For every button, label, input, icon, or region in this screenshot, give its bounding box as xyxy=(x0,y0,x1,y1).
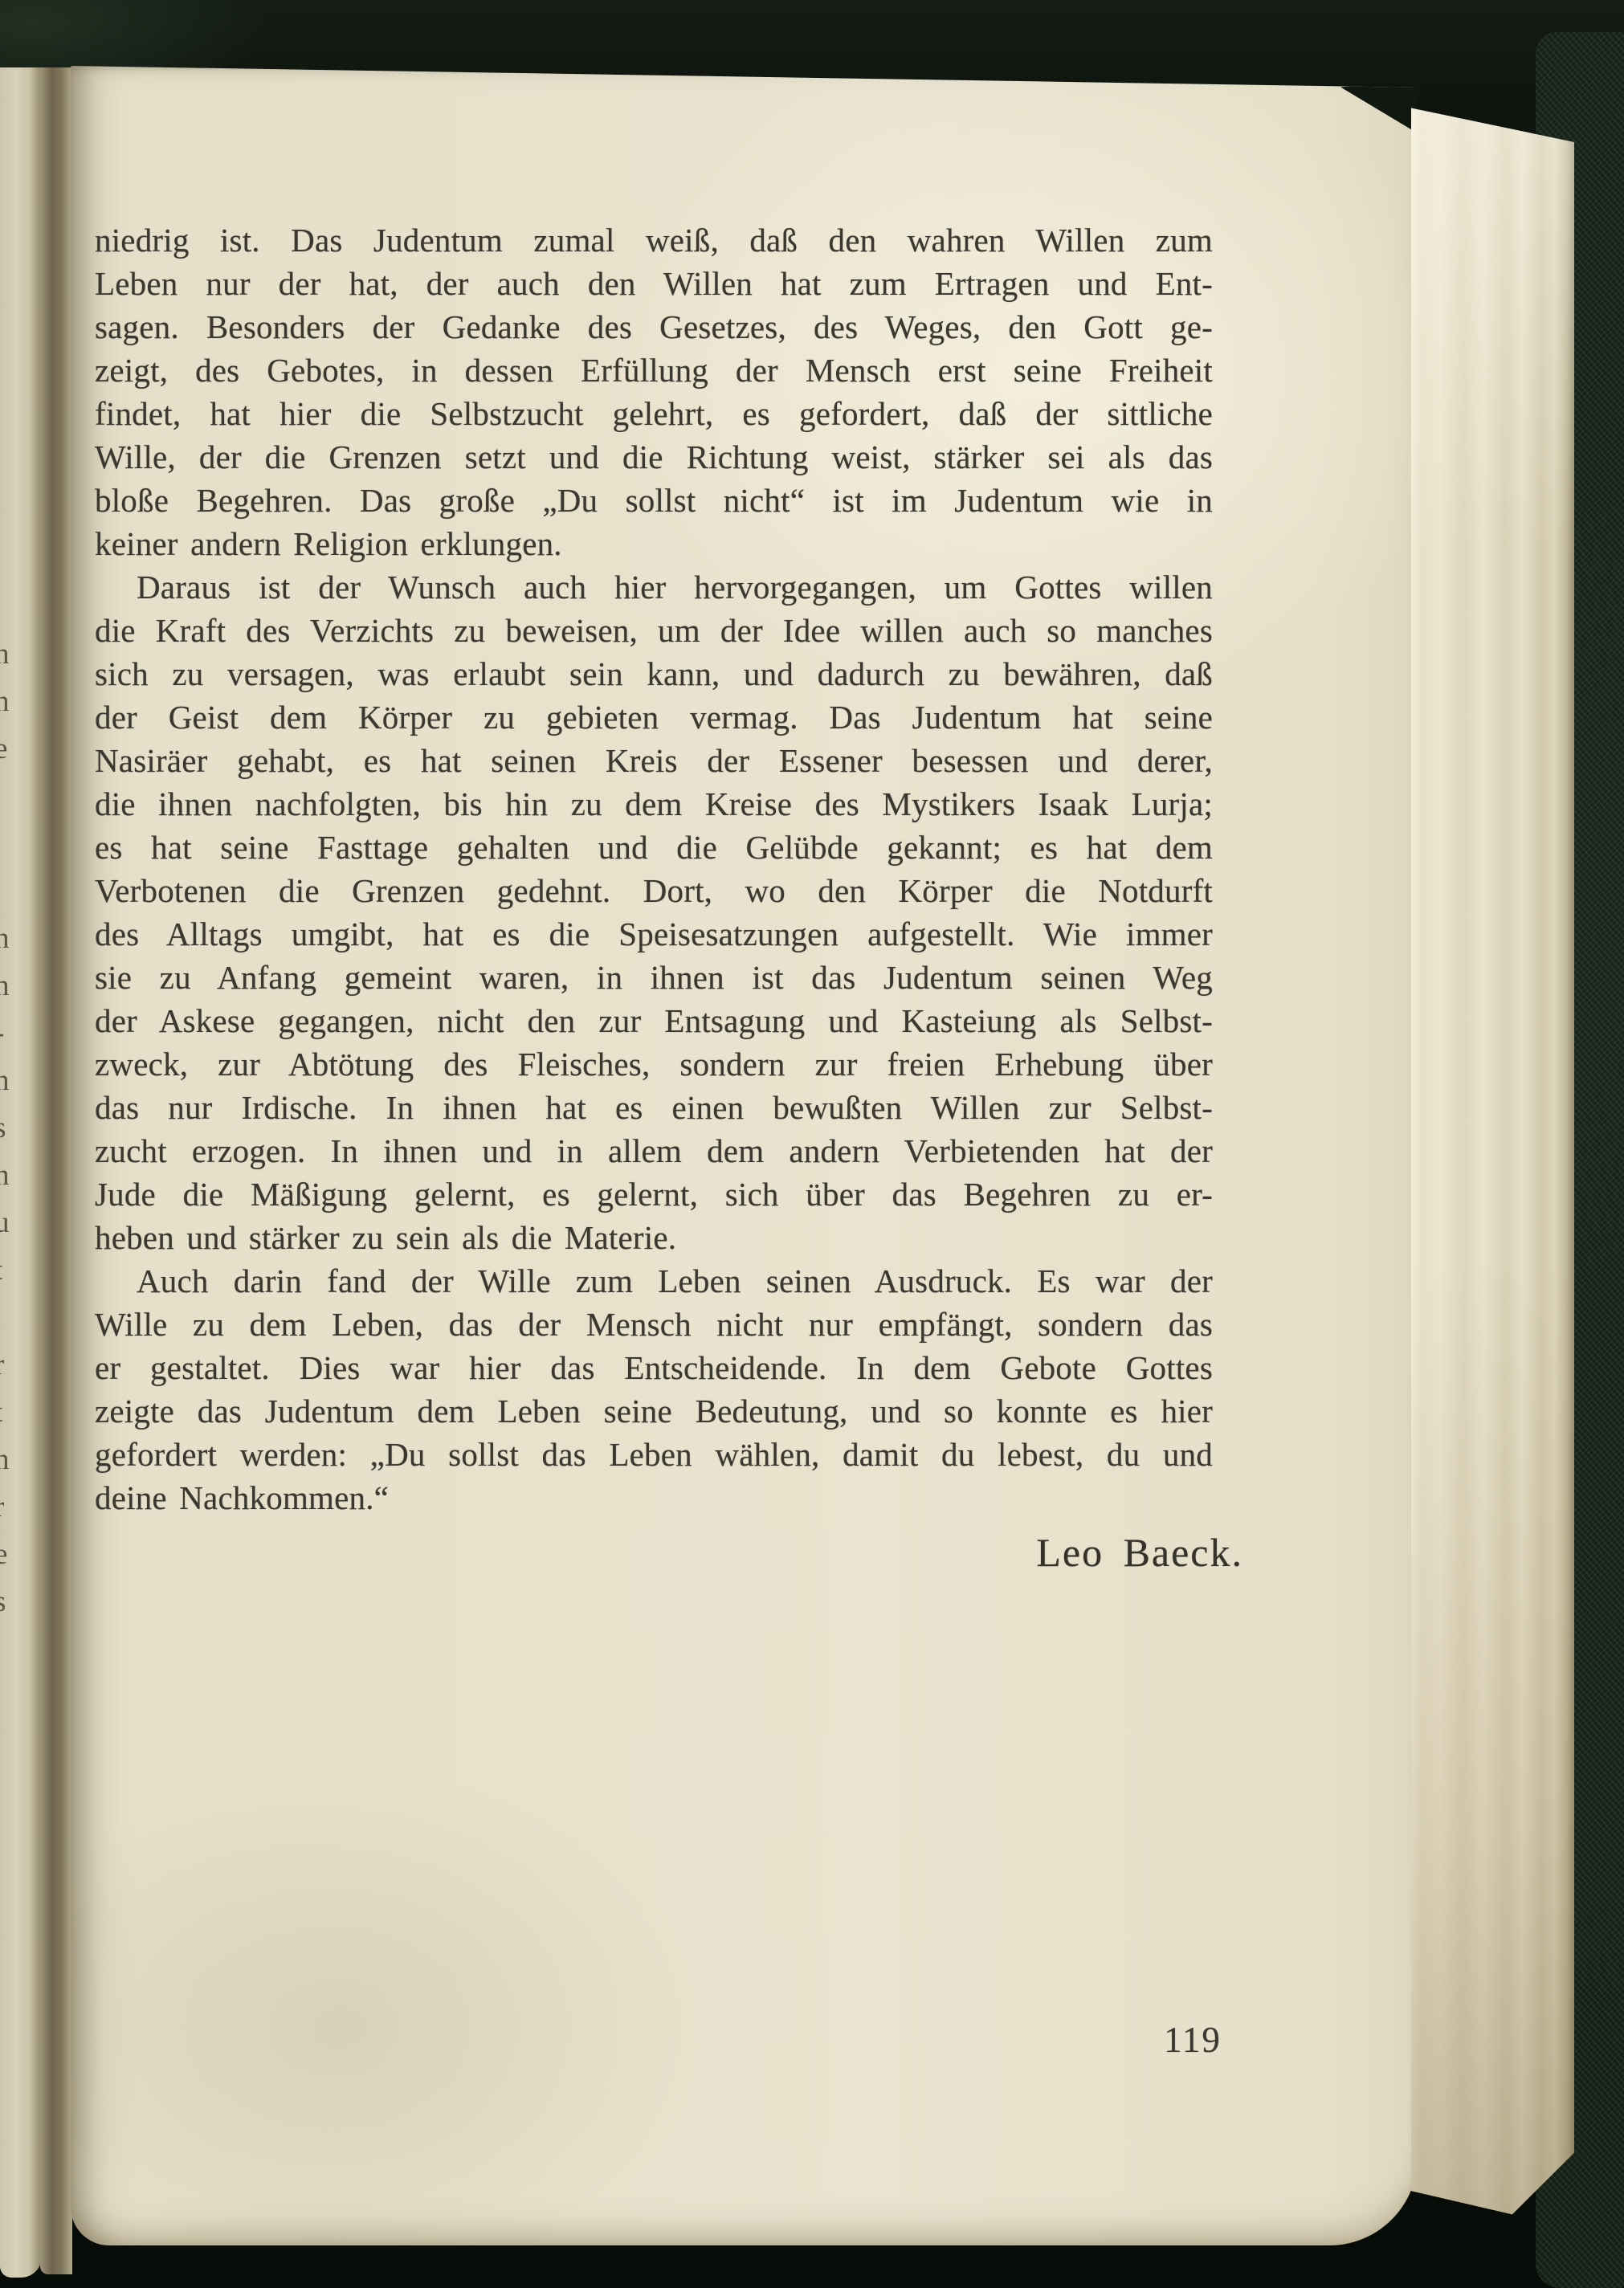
left-page-text-fragment: n xyxy=(0,635,27,674)
page-corner-fold xyxy=(1340,82,1418,133)
text-line: zucht erzogen. In ihnen und in allem dem… xyxy=(95,1129,1213,1173)
text-line: des Alltags umgibt, hat es die Speisesat… xyxy=(95,912,1213,956)
text-line: sagen. Besonders der Gedanke des Gesetze… xyxy=(95,305,1213,349)
left-page-text-fragment: , xyxy=(0,777,27,816)
left-page-text-fragment: n xyxy=(0,967,27,1005)
left-page-text-fragment: n xyxy=(0,1062,27,1100)
page-text-block: niedrig ist. Das Judentum zumal weiß, da… xyxy=(95,218,1213,1519)
text-line: Verbotenen die Grenzen gedehnt. Dort, wo… xyxy=(95,869,1213,912)
text-line: Daraus ist der Wunsch auch hier hervorge… xyxy=(95,565,1213,609)
text-line: Jude die Mäßigung gelernt, es gelernt, s… xyxy=(95,1173,1213,1216)
book-photo-scene: n n e , , , n n - n s n u t r t n r e s … xyxy=(0,0,1624,2288)
left-page-text-fragment: r xyxy=(0,1488,27,1527)
text-line: die Kraft des Verzichts zu beweisen, um … xyxy=(95,609,1213,652)
text-line: es hat seine Fasttage gehalten und die G… xyxy=(95,826,1213,869)
text-line: der Askese gegangen, nicht den zur Entsa… xyxy=(95,999,1213,1042)
page-edge-stack xyxy=(1411,87,1574,2217)
text-line: die ihnen nachfolgten, bis hin zu dem Kr… xyxy=(95,782,1213,826)
text-line: gefordert werden: „Du sollst das Leben w… xyxy=(95,1433,1213,1476)
text-line: findet, hat hier die Selbstzucht gelehrt… xyxy=(95,392,1213,435)
left-page-text-fragment: t xyxy=(0,1251,27,1290)
text-line: das nur Irdische. In ihnen hat es einen … xyxy=(95,1086,1213,1129)
left-page-text-fragment: n xyxy=(0,920,27,958)
text-line: Wille zu dem Leben, das der Mensch nicht… xyxy=(95,1303,1213,1346)
author-signature: Leo Baeck. xyxy=(922,1529,1243,1576)
left-page-text-fragment: n xyxy=(0,683,27,721)
text-line: Auch darin fand der Wille zum Leben sein… xyxy=(95,1259,1213,1303)
text-line: zweck, zur Abtötung des Fleisches, sonde… xyxy=(95,1042,1213,1086)
text-line: deine Nachkommen.“ xyxy=(95,1476,1213,1519)
left-page-text-fragment: - xyxy=(0,1014,27,1053)
gutter-shadow xyxy=(40,67,72,2274)
text-line: zeigte das Judentum dem Leben seine Bede… xyxy=(95,1389,1213,1433)
left-page-text-fragment: e xyxy=(0,730,27,769)
book-page: niedrig ist. Das Judentum zumal weiß, da… xyxy=(71,66,1418,2245)
left-page-text-fragment: u xyxy=(0,1204,27,1242)
text-line: keiner andern Religion erklungen. xyxy=(95,522,1213,565)
left-page-text-fragment: , xyxy=(0,825,27,863)
left-page-text-fragment: r xyxy=(0,1346,27,1385)
left-page-text-fragment: s xyxy=(0,1109,27,1148)
text-line: Nasiräer gehabt, es hat seinen Kreis der… xyxy=(95,739,1213,782)
text-line: heben und stärker zu sein als die Materi… xyxy=(95,1216,1213,1259)
page-number: 119 xyxy=(1157,2019,1229,2061)
facing-page-sliver: n n e , , , n n - n s n u t r t n r e s xyxy=(0,67,42,2278)
left-page-text-fragment: e xyxy=(0,1536,27,1574)
text-line: niedrig ist. Das Judentum zumal weiß, da… xyxy=(95,218,1213,262)
text-line: er gestaltet. Dies war hier das Entschei… xyxy=(95,1346,1213,1389)
left-page-text-fragment: s xyxy=(0,1583,27,1621)
text-line: der Geist dem Körper zu gebieten vermag.… xyxy=(95,695,1213,739)
text-line: bloße Begehren. Das große „Du sollst nic… xyxy=(95,479,1213,522)
left-page-text-fragment: n xyxy=(0,1156,27,1195)
text-line: sie zu Anfang gemeint waren, in ihnen is… xyxy=(95,956,1213,999)
text-line: zeigt, des Gebotes, in dessen Erfüllung … xyxy=(95,349,1213,392)
left-page-text-fragment: , xyxy=(0,872,27,911)
text-line: sich zu versagen, was erlaubt sein kann,… xyxy=(95,652,1213,695)
left-page-text-fragment: t xyxy=(0,1393,27,1432)
text-line: Wille, der die Grenzen setzt und die Ric… xyxy=(95,435,1213,479)
left-page-text-fragment: n xyxy=(0,1441,27,1479)
text-line: Leben nur der hat, der auch den Willen h… xyxy=(95,262,1213,305)
